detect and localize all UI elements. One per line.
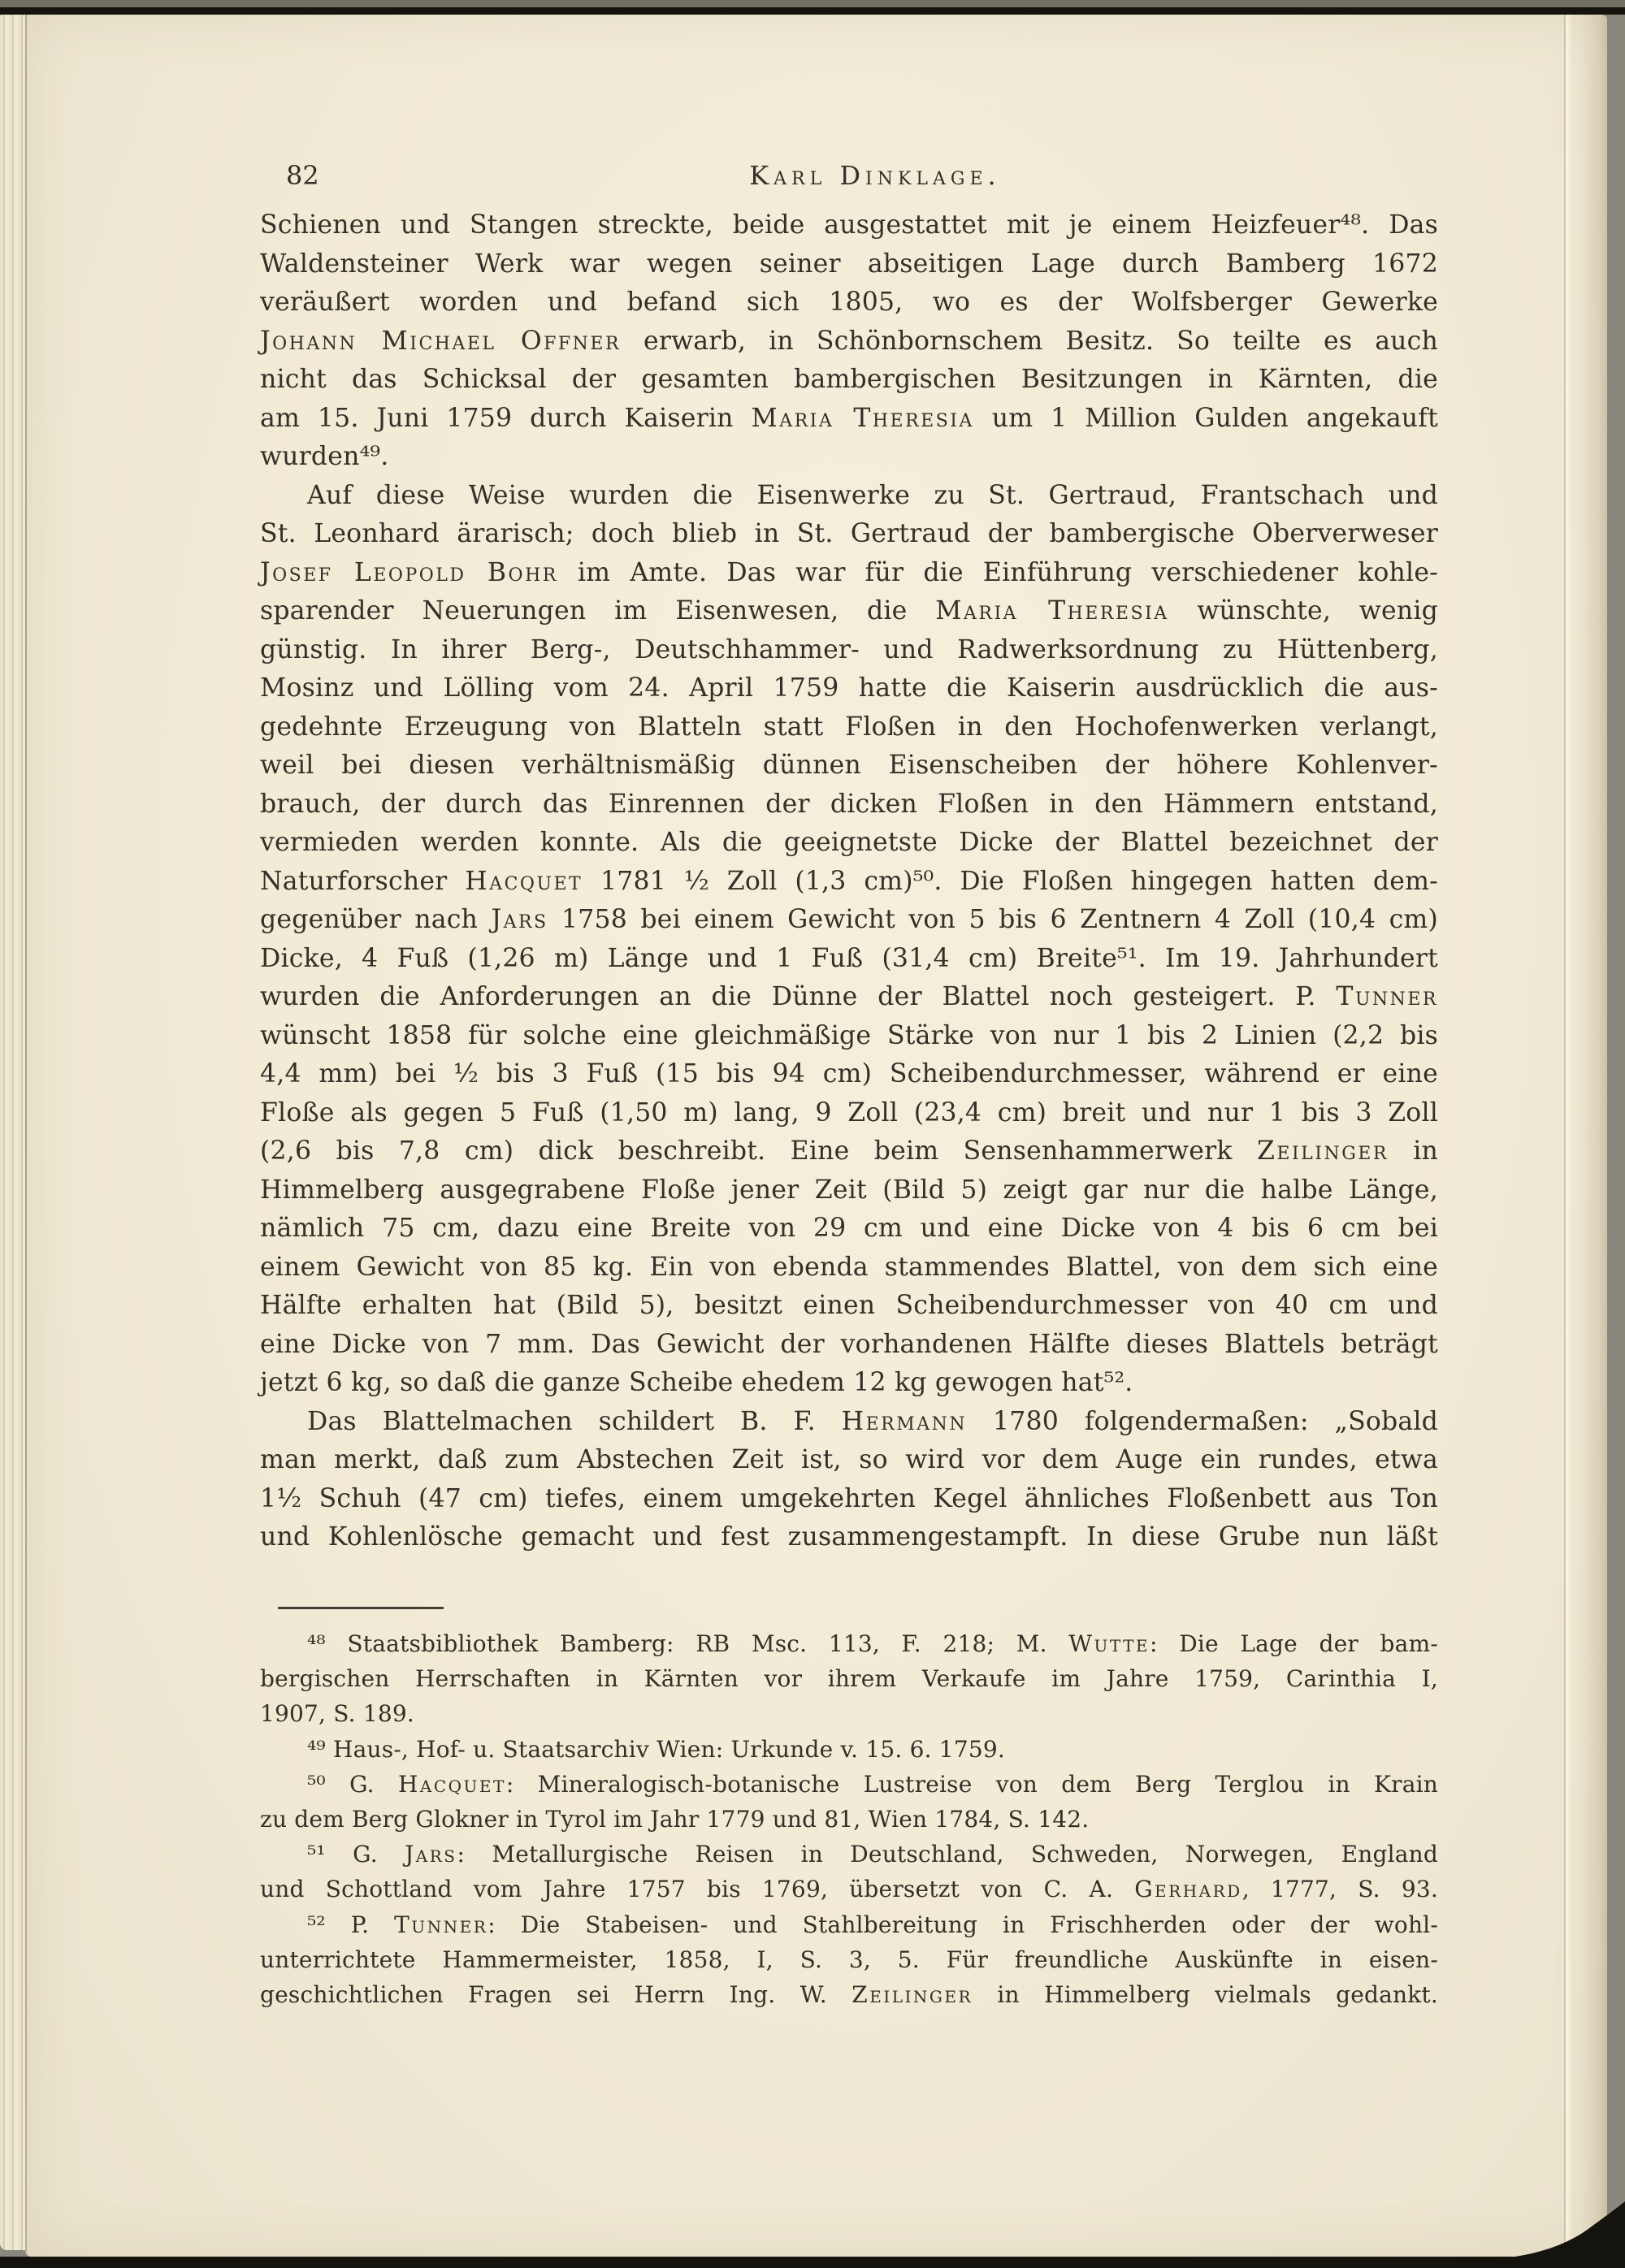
footnote: ⁵¹ G. Jars: Metallurgische Reisen in Deu…	[260, 1837, 1438, 1907]
smallcaps-name: Hermann	[842, 1407, 968, 1436]
text-segment: zu dem Berg Glokner in Tyrol im Jahr 177…	[260, 1806, 1089, 1833]
text-line: 1¹⁄₂ Schuh (47 cm) tiefes, einem umgekeh…	[260, 1480, 1438, 1519]
text-line: Himmelberg ausgegrabene Floße jener Zeit…	[260, 1171, 1438, 1210]
text-line: und Kohlenlösche gemacht und fest zusamm…	[260, 1518, 1438, 1557]
text-segment: Schienen und Stangen streckte, beide aus…	[260, 210, 1438, 240]
text-segment: Himmelberg ausgegrabene Floße jener Zeit…	[260, 1175, 1438, 1205]
text-line: 4,4 mm) bei ¹⁄₂ bis 3 Fuß (15 bis 94 cm)…	[260, 1055, 1438, 1094]
footnote-separator	[278, 1607, 444, 1609]
text-segment: Naturforscher	[260, 867, 465, 896]
text-segment: : Mineralogisch-botanische Lustreise von…	[506, 1771, 1438, 1798]
smallcaps-name: Maria Theresia	[751, 404, 973, 433]
text-segment: gedehnte Erzeugung von Blatteln statt Fl…	[260, 712, 1438, 742]
text-segment: , 1777, S. 93.	[1242, 1876, 1438, 1902]
text-line: brauch, der durch das Einrennen der dick…	[260, 786, 1438, 825]
text-segment: jetzt 6 kg, so daß die ganze Scheibe ehe…	[260, 1368, 1133, 1397]
text-line: Schienen und Stangen streckte, beide aus…	[260, 206, 1438, 245]
text-line: jetzt 6 kg, so daß die ganze Scheibe ehe…	[260, 1364, 1438, 1403]
text-line: Floße als gegen 5 Fuß (1,50 m) lang, 9 Z…	[260, 1094, 1438, 1133]
text-line: St. Leonhard ärarisch; doch blieb in St.…	[260, 515, 1438, 554]
text-line: wünscht 1858 für solche eine gleichmäßig…	[260, 1017, 1438, 1056]
paragraph: Schienen und Stangen streckte, beide aus…	[260, 206, 1438, 477]
text-line: bergischen Herrschaften in Kärnten vor i…	[260, 1661, 1438, 1696]
footnote: ⁵⁰ G. Hacquet: Mineralogisch-botanische …	[260, 1767, 1438, 1837]
smallcaps-name: Hacquet	[398, 1771, 506, 1798]
text-segment: wurden die Anforderungen an die Dünne de…	[260, 982, 1336, 1011]
text-line: ⁵² P. Tunner: Die Stabeisen- und Stahlbe…	[260, 1907, 1438, 1942]
scanned-book-photo: 82 Karl Dinklage. Schienen und Stangen s…	[0, 0, 1625, 2268]
text-segment: sparender Neuerungen im Eisenwesen, die	[260, 596, 935, 625]
text-segment: brauch, der durch das Einrennen der dick…	[260, 790, 1438, 819]
footnotes: ⁴⁸ Staatsbibliothek Bamberg: RB Msc. 113…	[260, 1626, 1438, 2012]
text-segment: bergischen Herrschaften in Kärnten vor i…	[260, 1665, 1438, 1692]
smallcaps-name: Hacquet	[465, 867, 583, 896]
paragraph: Auf diese Weise wurden die Eisenwerke zu…	[260, 477, 1438, 1403]
body-text: Schienen und Stangen streckte, beide aus…	[260, 206, 1438, 1557]
text-line: 1907, S. 189.	[260, 1696, 1438, 1731]
smallcaps-name: Jars	[405, 1841, 457, 1868]
text-segment: ⁴⁸ Staatsbibliothek Bamberg: RB Msc. 113…	[307, 1630, 1068, 1657]
smallcaps-name: Jars	[491, 905, 548, 934]
text-segment: wünscht 1858 für solche eine gleichmäßig…	[260, 1021, 1438, 1050]
text-line: sparender Neuerungen im Eisenwesen, die …	[260, 592, 1438, 631]
text-segment: wurden⁴⁹.	[260, 442, 388, 471]
text-segment: Floße als gegen 5 Fuß (1,50 m) lang, 9 Z…	[260, 1098, 1438, 1128]
text-segment: St. Leonhard ärarisch; doch blieb in St.…	[260, 519, 1438, 548]
smallcaps-name: Tunner	[1336, 982, 1438, 1011]
text-segment: 4,4 mm) bei ¹⁄₂ bis 3 Fuß (15 bis 94 cm)…	[260, 1059, 1438, 1089]
footnote: ⁵² P. Tunner: Die Stabeisen- und Stahlbe…	[260, 1907, 1438, 2013]
text-line: Hälfte erhalten hat (Bild 5), besitzt ei…	[260, 1287, 1438, 1326]
text-line: eine Dicke von 7 mm. Das Gewicht der vor…	[260, 1326, 1438, 1365]
text-segment: 1758 bei einem Gewicht von 5 bis 6 Zentn…	[548, 905, 1438, 934]
text-segment: erwarb, in Schönbornschem Besitz. So tei…	[621, 327, 1438, 356]
paragraph: Das Blattelmachen schildert B. F. Herman…	[260, 1403, 1438, 1557]
smallcaps-name: Maria Theresia	[935, 596, 1168, 625]
footnote: ⁴⁸ Staatsbibliothek Bamberg: RB Msc. 113…	[260, 1626, 1438, 1732]
text-line: nicht das Schicksal der gesamten bamberg…	[260, 361, 1438, 400]
text-segment: : Metallurgische Reisen in Deutschland, …	[457, 1841, 1438, 1868]
text-line: Auf diese Weise wurden die Eisenwerke zu…	[260, 477, 1438, 516]
smallcaps-name: Zeilinger	[1257, 1136, 1389, 1166]
text-segment: gegenüber nach	[260, 905, 491, 934]
text-line: weil bei diesen verhältnismäßig dünnen E…	[260, 747, 1438, 786]
text-line: Naturforscher Hacquet 1781 ¹⁄₂ Zoll (1,3…	[260, 863, 1438, 902]
text-segment: um 1 Million Gulden angekauft	[974, 404, 1438, 433]
text-segment: Waldensteiner Werk war wegen seiner abse…	[260, 249, 1438, 279]
text-segment: 1907, S. 189.	[260, 1700, 414, 1727]
text-segment: günstig. In ihrer Berg-, Deutschhammer- …	[260, 635, 1438, 664]
text-line: Johann Michael Offner erwarb, in Schönbo…	[260, 322, 1438, 361]
text-line: nämlich 75 cm, dazu eine Breite von 29 c…	[260, 1210, 1438, 1249]
text-line: gegenüber nach Jars 1758 bei einem Gewic…	[260, 901, 1438, 940]
text-line: (2,6 bis 7,8 cm) dick beschreibt. Eine b…	[260, 1132, 1438, 1171]
text-line: unterrichtete Hammermeister, 1858, I, S.…	[260, 1942, 1438, 1977]
text-segment: Dicke, 4 Fuß (1,26 m) Länge und 1 Fuß (3…	[260, 944, 1438, 973]
text-segment: unterrichtete Hammermeister, 1858, I, S.…	[260, 1946, 1438, 1973]
text-segment: und Schottland vom Jahre 1757 bis 1769, …	[260, 1876, 1134, 1902]
text-segment: wünschte, wenig	[1169, 596, 1438, 625]
page-header: 82 Karl Dinklage.	[286, 158, 1464, 195]
text-segment: veräußert worden und befand sich 1805, w…	[260, 288, 1438, 317]
bottom-right-curl-shadow	[1503, 2201, 1625, 2258]
text-line: ⁵⁰ G. Hacquet: Mineralogisch-botanische …	[260, 1767, 1438, 1802]
text-segment: nämlich 75 cm, dazu eine Breite von 29 c…	[260, 1214, 1438, 1243]
text-segment: in Himmelberg vielmals gedankt.	[973, 1981, 1438, 2008]
smallcaps-name: Zeilinger	[851, 1981, 973, 2008]
text-segment: Hälfte erhalten hat (Bild 5), besitzt ei…	[260, 1291, 1438, 1320]
text-segment: am 15. Juni 1759 durch Kaiserin	[260, 404, 751, 433]
text-line: vermieden werden konnte. Als die geeigne…	[260, 824, 1438, 863]
text-line: gedehnte Erzeugung von Blatteln statt Fl…	[260, 708, 1438, 747]
page-gutter-seam	[25, 15, 27, 2253]
text-segment: Mosinz und Lölling vom 24. April 1759 ha…	[260, 673, 1438, 703]
text-segment: Das Blattelmachen schildert B. F.	[307, 1407, 842, 1436]
text-segment: man merkt, daß zum Abstechen Zeit ist, s…	[260, 1445, 1438, 1474]
text-segment: 1¹⁄₂ Schuh (47 cm) tiefes, einem umgekeh…	[260, 1484, 1438, 1513]
smallcaps-name: Tunner	[394, 1911, 487, 1938]
text-line: Dicke, 4 Fuß (1,26 m) Länge und 1 Fuß (3…	[260, 940, 1438, 979]
text-segment: eine Dicke von 7 mm. Das Gewicht der vor…	[260, 1330, 1438, 1359]
text-segment: geschichtlichen Fragen sei Herrn Ing. W.	[260, 1981, 851, 2008]
text-segment: ⁵⁰ G.	[307, 1771, 398, 1798]
text-segment: ⁵² P.	[307, 1911, 394, 1938]
text-line: am 15. Juni 1759 durch Kaiserin Maria Th…	[260, 400, 1438, 439]
running-header: Karl Dinklage.	[286, 158, 1464, 193]
smallcaps-name: Gerhard	[1134, 1876, 1242, 1902]
text-line: Waldensteiner Werk war wegen seiner abse…	[260, 245, 1438, 284]
text-segment: weil bei diesen verhältnismäßig dünnen E…	[260, 751, 1438, 780]
text-line: Josef Leopold Bohr im Amte. Das war für …	[260, 554, 1438, 593]
text-segment: in	[1389, 1136, 1438, 1166]
page-right-edge-shadow	[1579, 15, 1607, 2255]
text-segment: Auf diese Weise wurden die Eisenwerke zu…	[307, 481, 1438, 510]
page-crease-highlight	[1566, 15, 1572, 2255]
text-segment: einem Gewicht von 85 kg. Ein von ebenda …	[260, 1253, 1438, 1282]
text-line: geschichtlichen Fragen sei Herrn Ing. W.…	[260, 1977, 1438, 2012]
text-segment: 1781 ¹⁄₂ Zoll (1,3 cm)⁵⁰. Die Floßen hin…	[583, 867, 1438, 896]
text-segment: nicht das Schicksal der gesamten bamberg…	[260, 365, 1438, 394]
smallcaps-name: Josef Leopold Bohr	[260, 558, 558, 587]
scan-frame-top-bar	[0, 7, 1625, 15]
text-segment: vermieden werden konnte. Als die geeigne…	[260, 828, 1438, 857]
text-segment: : Die Stabeisen- und Stahlbereitung in F…	[487, 1911, 1438, 1938]
text-line: ⁴⁸ Staatsbibliothek Bamberg: RB Msc. 113…	[260, 1626, 1438, 1661]
book-page: 82 Karl Dinklage. Schienen und Stangen s…	[26, 15, 1607, 2257]
text-line: wurden⁴⁹.	[260, 438, 1438, 477]
text-segment: ⁵¹ G.	[307, 1841, 405, 1868]
text-segment: 1780 folgendermaßen: „Sobald	[967, 1407, 1438, 1436]
text-segment: : Die Lage der bam-	[1150, 1630, 1438, 1657]
text-line: Mosinz und Lölling vom 24. April 1759 ha…	[260, 669, 1438, 708]
scan-frame-bottom-bar	[0, 2257, 1625, 2268]
text-line: wurden die Anforderungen an die Dünne de…	[260, 978, 1438, 1017]
text-segment: im Amte. Das war für die Einführung vers…	[558, 558, 1438, 587]
text-line: ⁵¹ G. Jars: Metallurgische Reisen in Deu…	[260, 1837, 1438, 1872]
footnote: ⁴⁹ Haus-, Hof- u. Staatsarchiv Wien: Urk…	[260, 1732, 1438, 1767]
text-segment: (2,6 bis 7,8 cm) dick beschreibt. Eine b…	[260, 1136, 1257, 1166]
text-line: günstig. In ihrer Berg-, Deutschhammer- …	[260, 631, 1438, 670]
text-line: man merkt, daß zum Abstechen Zeit ist, s…	[260, 1441, 1438, 1480]
text-line: einem Gewicht von 85 kg. Ein von ebenda …	[260, 1249, 1438, 1288]
text-line: zu dem Berg Glokner in Tyrol im Jahr 177…	[260, 1802, 1438, 1837]
text-line: ⁴⁹ Haus-, Hof- u. Staatsarchiv Wien: Urk…	[260, 1732, 1438, 1767]
smallcaps-name: Wutte	[1068, 1630, 1150, 1657]
text-segment: ⁴⁹ Haus-, Hof- u. Staatsarchiv Wien: Urk…	[307, 1736, 1005, 1763]
text-line: veräußert worden und befand sich 1805, w…	[260, 283, 1438, 322]
scan-frame-top-strip	[0, 0, 1625, 7]
smallcaps-name: Johann Michael Offner	[260, 327, 621, 356]
book-block-edge	[0, 15, 26, 2250]
text-line: Das Blattelmachen schildert B. F. Herman…	[260, 1403, 1438, 1442]
text-segment: und Kohlenlösche gemacht und fest zusamm…	[260, 1522, 1438, 1552]
text-line: und Schottland vom Jahre 1757 bis 1769, …	[260, 1872, 1438, 1907]
